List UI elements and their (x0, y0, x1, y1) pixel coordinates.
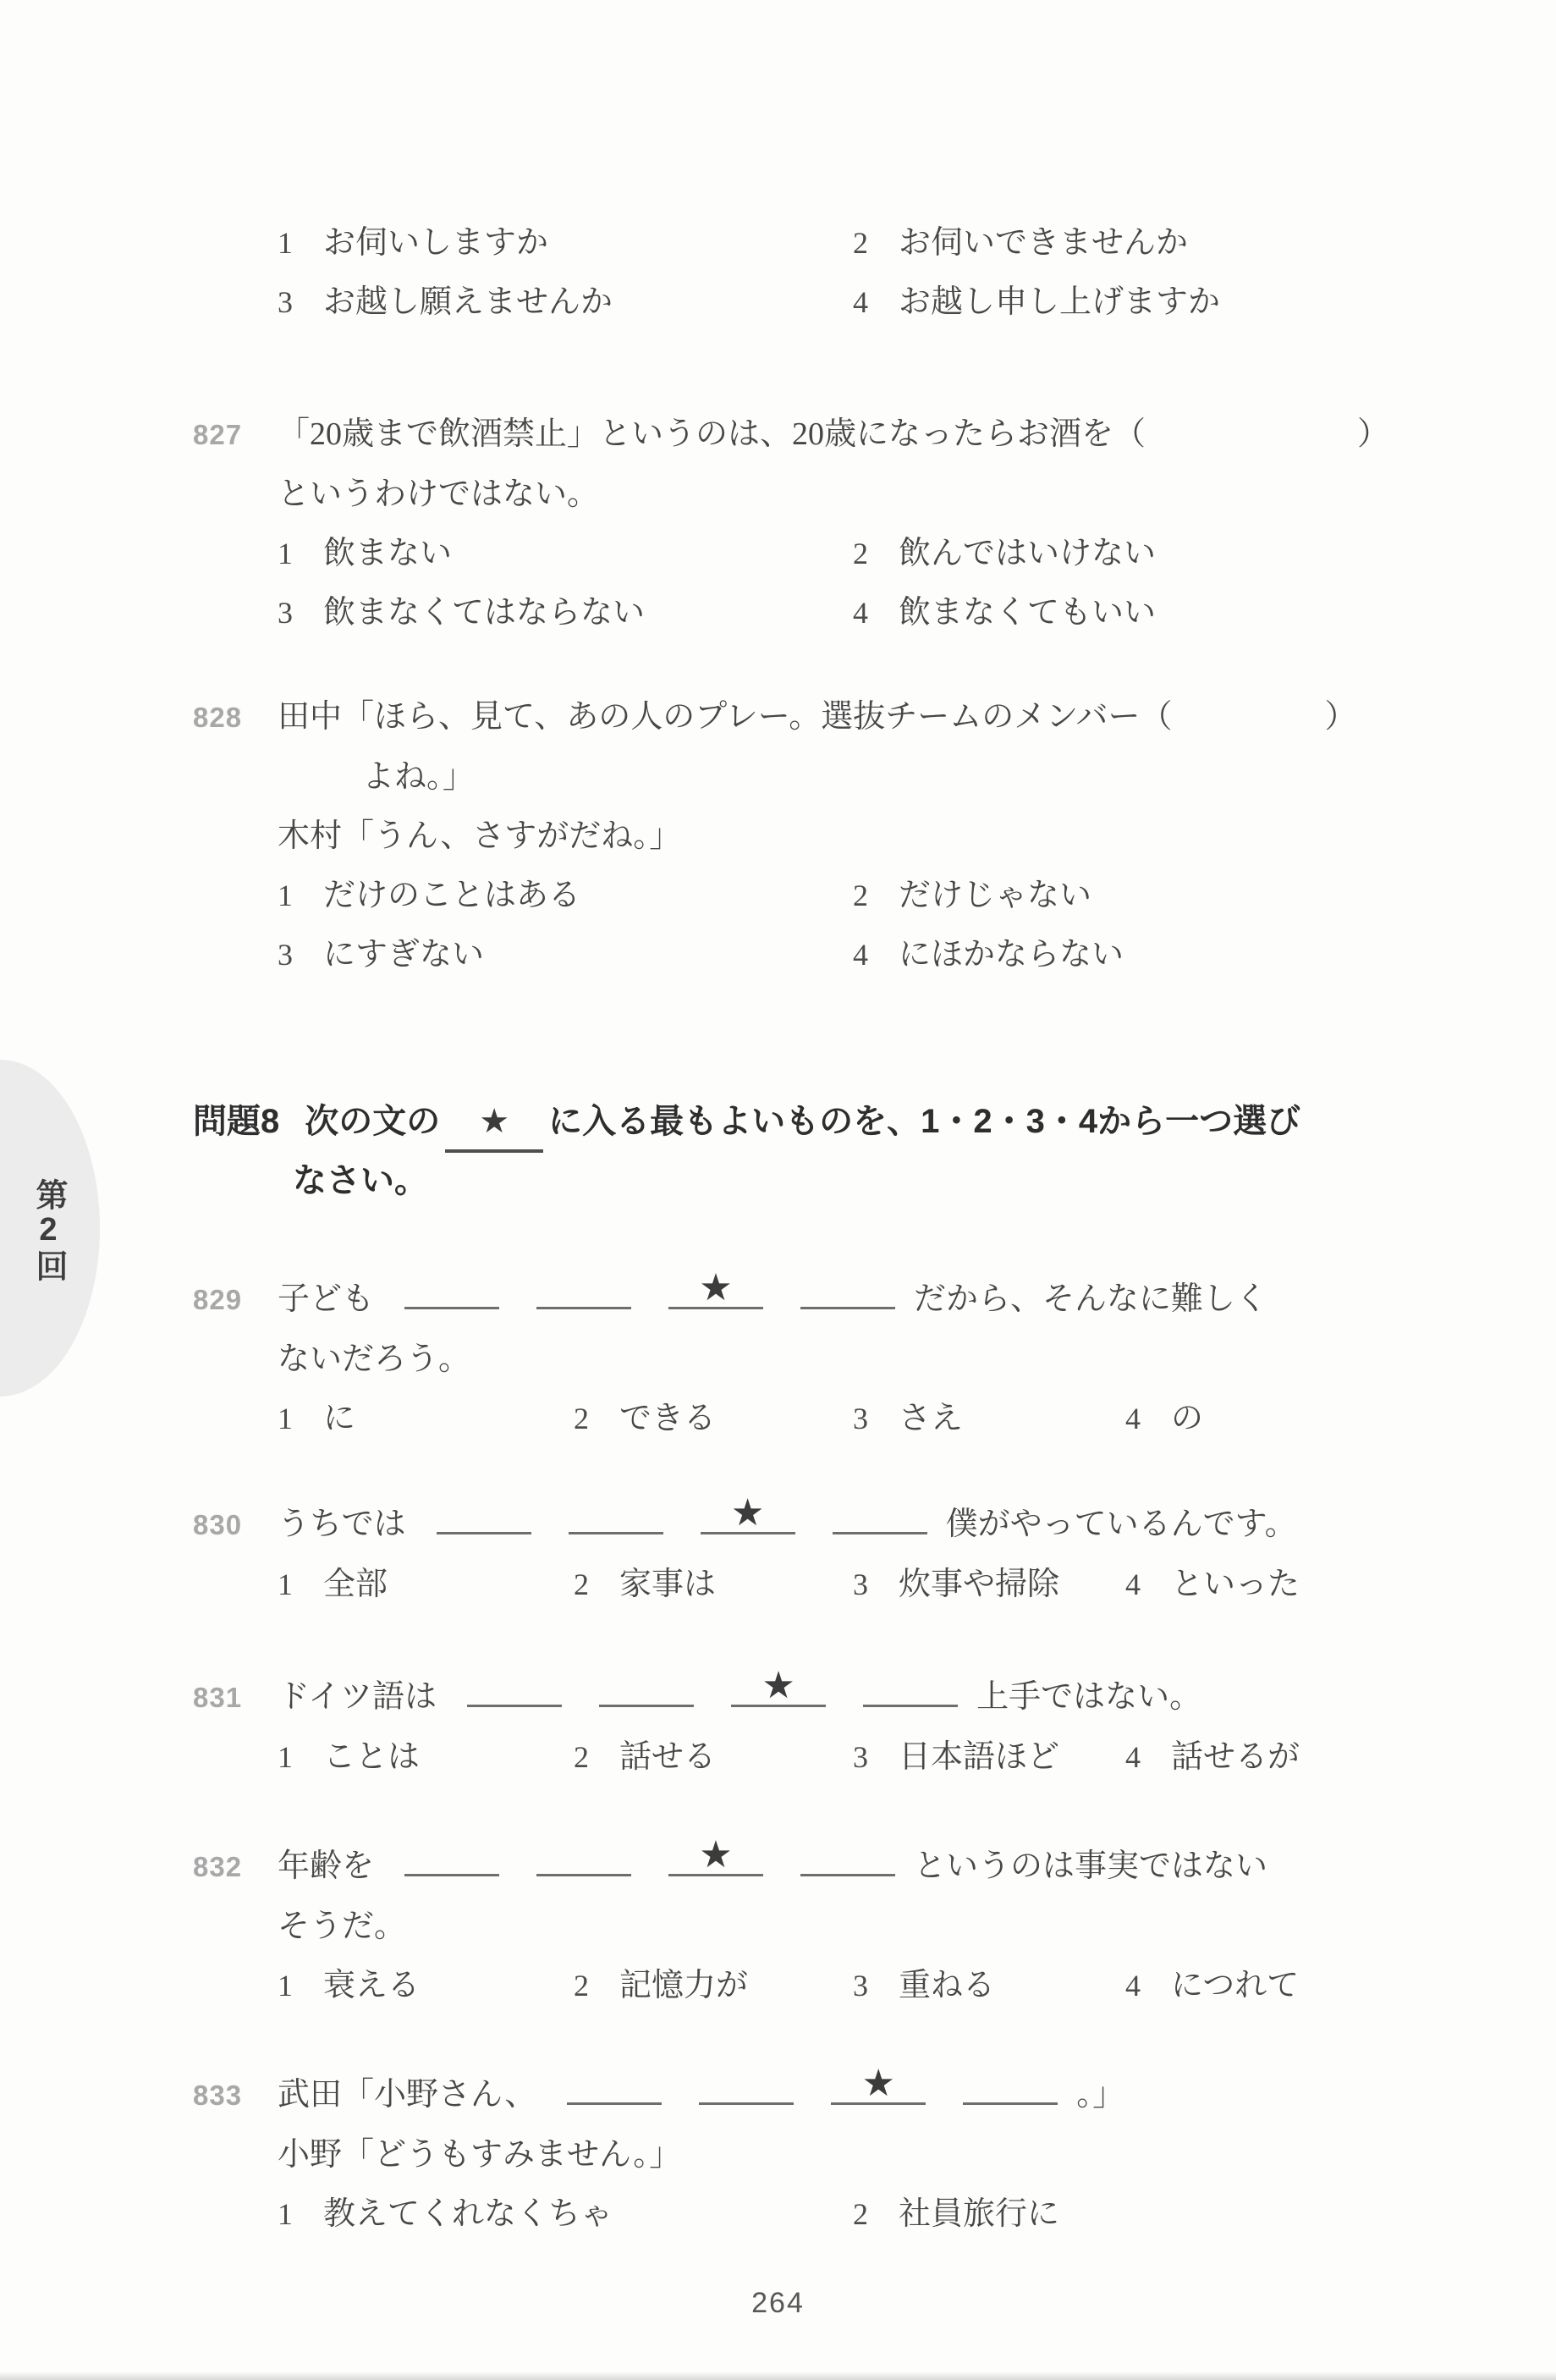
answer-blank (833, 1493, 927, 1534)
answer-blank (467, 1666, 562, 1707)
option-number: 2 (853, 213, 868, 273)
paren-close: ） (1325, 699, 1357, 735)
option-text: 社員旅行に (899, 2196, 1059, 2232)
question-826-options: 1お伺いしますか 2お伺いできませんか 3お越し願えませんか 4お越し申し上げま… (193, 213, 1513, 332)
option-text: 飲まなくてはならない (323, 595, 645, 631)
section-header-line1: 問題8次の文の★に入る最もよいものを、1・2・3・4から一つ選び (193, 1094, 1513, 1153)
option-item: 3日本語ほど (853, 1727, 1125, 1787)
option-number: 2 (853, 866, 868, 925)
option-number: 1 (278, 213, 293, 273)
option-number: 3 (278, 583, 293, 642)
option-number: 4 (853, 583, 868, 642)
paren-close: ） (1357, 416, 1389, 452)
option-number: 2 (853, 2184, 868, 2244)
round-tab: 第2回 (0, 1060, 100, 1397)
options-grid: 1教えてくれなくちゃ 2社員旅行に (278, 2184, 1513, 2244)
answer-blank (863, 1666, 958, 1707)
question-stem-line2: 小野「どうもすみません。」 (278, 2125, 1513, 2184)
answer-blank (536, 1268, 631, 1309)
stem-text-before: 子ども (278, 1281, 374, 1317)
question-stem: 833武田「小野さん、★。」 (193, 2063, 1513, 2125)
question-stem-line2: よね。」 (362, 747, 1513, 807)
option-text: 話せる (619, 1739, 716, 1775)
option-text: だけじゃない (899, 878, 1091, 913)
question-833: 833武田「小野さん、★。」 小野「どうもすみません。」 1教えてくれなくちゃ … (193, 2063, 1513, 2244)
option-item: 2家事は (574, 1555, 853, 1614)
option-text: 家事は (619, 1567, 716, 1602)
option-text: 教えてくれなくちゃ (323, 2196, 613, 2232)
option-text: に (323, 1401, 355, 1436)
option-item: 1に (278, 1389, 574, 1448)
question-829: 829子ども★だから、そんなに難しく ないだろう。 1に 2できる 3さえ 4の (193, 1268, 1513, 1448)
option-item: 3さえ (853, 1389, 1125, 1448)
option-text: 衰える (323, 1968, 420, 2003)
option-item: 2記憶力が (574, 1956, 853, 2015)
answer-blank (404, 1268, 499, 1309)
option-text: だけのことはある (323, 878, 580, 913)
stem-text-after: 上手ではない。 (976, 1679, 1201, 1715)
question-827: 827「20歳まで飲酒禁止」というのは、20歳になったらお酒を（） というわけで… (193, 405, 1513, 642)
star-icon: ★ (699, 1837, 732, 1874)
star-icon: ★ (862, 2065, 895, 2102)
option-number: 3 (853, 1956, 868, 2015)
question-stem-line3: 木村「うん、さすがだね。」 (278, 807, 1513, 866)
option-item: 1飲まない (278, 524, 853, 583)
option-item: 1ことは (278, 1727, 574, 1787)
star-icon: ★ (699, 1270, 732, 1307)
question-828: 828田中「ほら、見て、あの人のプレー。選抜チームのメンバー（） よね。」 木村… (193, 687, 1513, 984)
question-number: 833 (193, 2066, 278, 2125)
option-text: お越し願えませんか (323, 284, 613, 320)
header-text-after: に入る最もよいものを、1・2・3・4から一つ選び (548, 1103, 1300, 1140)
option-text: 記憶力が (619, 1968, 748, 2003)
answer-blank-star: ★ (668, 1835, 763, 1876)
question-831: 831ドイツ語は★上手ではない。 1ことは 2話せる 3日本語ほど 4話せるが (193, 1666, 1513, 1787)
stem-text-before: うちでは (278, 1507, 406, 1542)
answer-blank (963, 2063, 1058, 2105)
section-header-line2: なさい。 (293, 1153, 1513, 1209)
star-icon: ★ (731, 1495, 764, 1532)
option-item: 3重ねる (853, 1956, 1125, 2015)
option-text: さえ (899, 1401, 963, 1436)
answer-blank-star: ★ (701, 1493, 795, 1534)
option-text: 話せるが (1171, 1739, 1300, 1775)
question-stem-line2: そうだ。 (278, 1897, 1513, 1956)
option-number: 3 (278, 273, 293, 332)
stem-text: 田中「ほら、見て、あの人のプレー。選抜チームのメンバー（ (278, 699, 1173, 735)
option-number: 3 (278, 925, 293, 984)
option-text: 全部 (323, 1567, 388, 1602)
question-832: 832年齢を★というのは事実ではない そうだ。 1衰える 2記憶力が 3重ねる … (193, 1835, 1513, 2015)
round-tab-label: 第2回 (25, 1178, 72, 1283)
option-text: ことは (323, 1739, 420, 1775)
option-item: 3にすぎない (278, 925, 853, 984)
options-grid: 1に 2できる 3さえ 4の (278, 1389, 1513, 1448)
option-number: 2 (853, 524, 868, 583)
question-number: 831 (193, 1668, 278, 1727)
star-icon: ★ (762, 1667, 794, 1705)
answer-blank (599, 1666, 694, 1707)
option-item: 2飲んではいけない (853, 524, 1513, 583)
option-item: 4にほかならない (853, 925, 1513, 984)
option-item: 3炊事や掃除 (853, 1555, 1125, 1614)
option-number: 4 (1125, 1727, 1141, 1787)
question-stem-line2: というわけではない。 (278, 465, 1513, 524)
options-grid: 1ことは 2話せる 3日本語ほど 4話せるが (278, 1727, 1513, 1787)
option-text: の (1171, 1401, 1203, 1436)
option-item: 2だけじゃない (853, 866, 1513, 925)
stem-text-before: 武田「小野さん、 (278, 2077, 536, 2113)
option-text: につれて (1171, 1968, 1299, 2003)
stem-text-after: 。」 (1076, 2077, 1124, 2113)
answer-blank (536, 1835, 631, 1876)
option-item: 4といった (1125, 1555, 1513, 1614)
header-text-before: 次の文の (305, 1103, 440, 1140)
option-text: 重ねる (899, 1968, 995, 2003)
options-grid: 1衰える 2記憶力が 3重ねる 4につれて (278, 1956, 1513, 2015)
option-text: 日本語ほど (899, 1739, 1059, 1775)
question-stem: 827「20歳まで飲酒禁止」というのは、20歳になったらお酒を（） (193, 405, 1513, 465)
answer-blank (569, 1493, 663, 1534)
option-item: 2話せる (574, 1727, 853, 1787)
question-stem-line2: ないだろう。 (278, 1330, 1513, 1389)
question-number: 830 (193, 1496, 278, 1555)
answer-blank (800, 1268, 895, 1309)
question-number: 827 (193, 405, 278, 465)
option-number: 1 (278, 1727, 293, 1787)
option-number: 2 (574, 1956, 589, 2015)
option-item: 3お越し願えませんか (278, 273, 853, 332)
question-stem: 832年齢を★というのは事実ではない (193, 1835, 1513, 1897)
option-item: 2社員旅行に (853, 2184, 1513, 2244)
answer-blank-star: ★ (731, 1666, 826, 1707)
stem-text-before: 年齢を (278, 1848, 374, 1884)
option-text: 飲まない (323, 536, 452, 571)
page-bottom-edge (0, 2372, 1556, 2380)
option-text: にほかならない (899, 937, 1124, 972)
option-number: 3 (853, 1555, 868, 1614)
option-number: 1 (278, 1555, 293, 1614)
answer-blank (567, 2063, 662, 2105)
option-number: 2 (574, 1389, 589, 1448)
answer-blank (800, 1835, 895, 1876)
option-number: 3 (853, 1727, 868, 1787)
answer-blank (404, 1835, 499, 1876)
question-stem: 831ドイツ語は★上手ではない。 (193, 1666, 1513, 1727)
question-830: 830うちでは★僕がやっているんです。 1全部 2家事は 3炊事や掃除 4といっ… (193, 1493, 1513, 1614)
option-number: 3 (853, 1389, 868, 1448)
option-item: 4につれて (1125, 1956, 1513, 2015)
option-number: 2 (574, 1555, 589, 1614)
answer-blank-star: ★ (668, 1268, 763, 1309)
options-grid: 1だけのことはある 2だけじゃない 3にすぎない 4にほかならない (278, 866, 1513, 984)
option-text: にすぎない (323, 937, 484, 972)
question-stem: 829子ども★だから、そんなに難しく (193, 1268, 1513, 1330)
option-item: 1全部 (278, 1555, 574, 1614)
option-text: お伺いできませんか (899, 225, 1188, 261)
options-grid: 1飲まない 2飲んではいけない 3飲まなくてはならない 4飲まなくてもいい (278, 524, 1513, 642)
option-item: 3飲まなくてはならない (278, 583, 853, 642)
option-number: 4 (1125, 1555, 1141, 1614)
stem-text-before: ドイツ語は (278, 1679, 437, 1715)
stem-text: 「20歳まで飲酒禁止」というのは、20歳になったらお酒を（ (278, 416, 1146, 452)
stem-text-after: だから、そんなに難しく (914, 1281, 1267, 1317)
option-item: 1お伺いしますか (278, 213, 853, 273)
option-item: 4の (1125, 1389, 1513, 1448)
question-stem: 828田中「ほら、見て、あの人のプレー。選抜チームのメンバー（） (193, 687, 1513, 747)
section-label: 問題8 (193, 1094, 279, 1149)
option-item: 1衰える (278, 1956, 574, 2015)
option-item: 2お伺いできませんか (853, 213, 1513, 273)
stem-text-after: というのは事実ではない (914, 1848, 1267, 1884)
option-item: 2できる (574, 1389, 853, 1448)
question-number: 832 (193, 1837, 278, 1897)
option-text: 飲まなくてもいい (899, 595, 1156, 631)
question-number: 829 (193, 1270, 278, 1330)
option-item: 4お越し申し上げますか (853, 273, 1513, 332)
options-grid: 1お伺いしますか 2お伺いできませんか 3お越し願えませんか 4お越し申し上げま… (278, 213, 1513, 332)
option-number: 1 (278, 866, 293, 925)
answer-blank (699, 2063, 794, 2105)
textbook-page: 第2回 1お伺いしますか 2お伺いできませんか 3お越し願えませんか 4お越し申… (0, 0, 1556, 2380)
question-stem: 830うちでは★僕がやっているんです。 (193, 1493, 1513, 1555)
option-number: 1 (278, 1389, 293, 1448)
question-number: 828 (193, 688, 278, 747)
option-text: といった (1171, 1567, 1300, 1602)
option-text: お伺いしますか (323, 225, 548, 261)
option-item: 4話せるが (1125, 1727, 1513, 1787)
answer-blank-star: ★ (831, 2063, 926, 2105)
page-number: 264 (0, 2287, 1556, 2320)
option-item: 1だけのことはある (278, 866, 853, 925)
option-item: 1教えてくれなくちゃ (278, 2184, 853, 2244)
option-number: 1 (278, 2184, 293, 2244)
options-grid: 1全部 2家事は 3炊事や掃除 4といった (278, 1555, 1513, 1614)
option-item: 4飲まなくてもいい (853, 583, 1513, 642)
star-blank-icon: ★ (445, 1094, 543, 1153)
section-header-problem8: 問題8次の文の★に入る最もよいものを、1・2・3・4から一つ選び なさい。 (193, 1094, 1513, 1209)
option-number: 1 (278, 1956, 293, 2015)
option-text: お越し申し上げますか (899, 284, 1220, 320)
option-text: 炊事や掃除 (899, 1567, 1059, 1602)
option-number: 4 (1125, 1389, 1141, 1448)
option-number: 2 (574, 1727, 589, 1787)
option-number: 4 (853, 925, 868, 984)
option-number: 4 (1125, 1956, 1141, 2015)
answer-blank (437, 1493, 531, 1534)
option-text: 飲んではいけない (899, 536, 1156, 571)
option-number: 4 (853, 273, 868, 332)
stem-text-after: 僕がやっているんです。 (946, 1507, 1297, 1542)
option-text: できる (619, 1401, 716, 1436)
option-number: 1 (278, 524, 293, 583)
